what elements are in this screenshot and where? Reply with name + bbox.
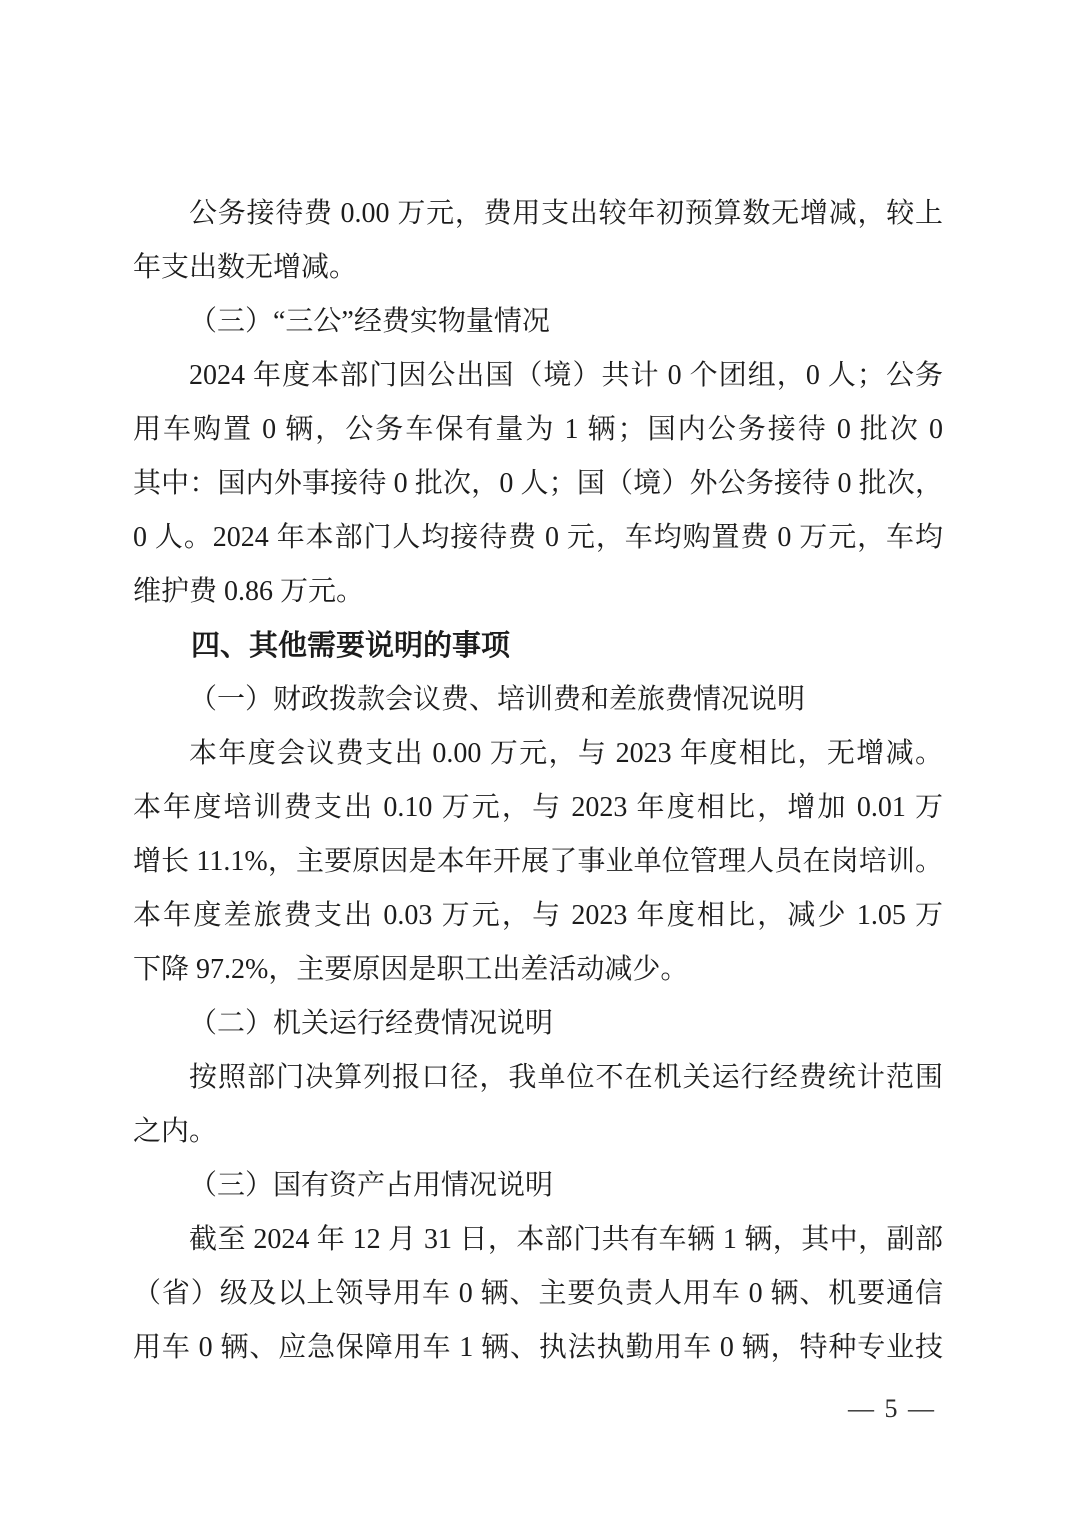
body-text-line: 本年度会议费支出 0.00 万元，与 2023 年度相比，无增减。 (133, 727, 943, 781)
document-body: 公务接待费 0.00 万元，费用支出较年初预算数无增减，较上年支出数无增减。（三… (133, 187, 943, 1375)
body-text-line: 其中：国内外事接待 0 批次，0 人；国（境）外公务接待 0 批次， (133, 457, 943, 511)
body-text-line: 2024 年度本部门因公出国（境）共计 0 个团组，0 人；公务 (133, 349, 943, 403)
body-text-line: 本年度培训费支出 0.10 万元，与 2023 年度相比，增加 0.01 万元， (133, 781, 943, 835)
body-text-line: 公务接待费 0.00 万元，费用支出较年初预算数无增减，较上 (133, 187, 943, 241)
body-text-line: （省）级及以上领导用车 0 辆、主要负责人用车 0 辆、机要通信 (133, 1267, 943, 1321)
body-text-line: 截至 2024 年 12 月 31 日，本部门共有车辆 1 辆，其中，副部 (133, 1213, 943, 1267)
body-text-line: 按照部门决算列报口径，我单位不在机关运行经费统计范围 (133, 1051, 943, 1105)
subsection-heading: （三）国有资产占用情况说明 (133, 1159, 943, 1213)
subsection-heading: （二）机关运行经费情况说明 (133, 997, 943, 1051)
body-text-line: 维护费 0.86 万元。 (133, 565, 943, 619)
section-heading: 四、其他需要说明的事项 (133, 619, 943, 673)
body-text-line: 0 人。2024 年本部门人均接待费 0 元，车均购置费 0 万元，车均 (133, 511, 943, 565)
body-text-line: 本年度差旅费支出 0.03 万元，与 2023 年度相比，减少 1.05 万元， (133, 889, 943, 943)
page-number: — 5 — (848, 1394, 936, 1424)
body-text-line: 下降 97.2%，主要原因是职工出差活动减少。 (133, 943, 943, 997)
body-text-line: 用车购置 0 辆，公务车保有量为 1 辆；国内公务接待 0 批次 0 人， (133, 403, 943, 457)
document-page: 公务接待费 0.00 万元，费用支出较年初预算数无增减，较上年支出数无增减。（三… (0, 0, 1075, 1520)
body-text-line: 年支出数无增减。 (133, 241, 943, 295)
body-text-line: 之内。 (133, 1105, 943, 1159)
body-text-line: 用车 0 辆、应急保障用车 1 辆、执法执勤用车 0 辆，特种专业技 (133, 1321, 943, 1375)
subsection-heading: （三）“三公”经费实物量情况 (133, 295, 943, 349)
body-text-line: 增长 11.1%，主要原因是本年开展了事业单位管理人员在岗培训。 (133, 835, 943, 889)
subsection-heading: （一）财政拨款会议费、培训费和差旅费情况说明 (133, 673, 943, 727)
